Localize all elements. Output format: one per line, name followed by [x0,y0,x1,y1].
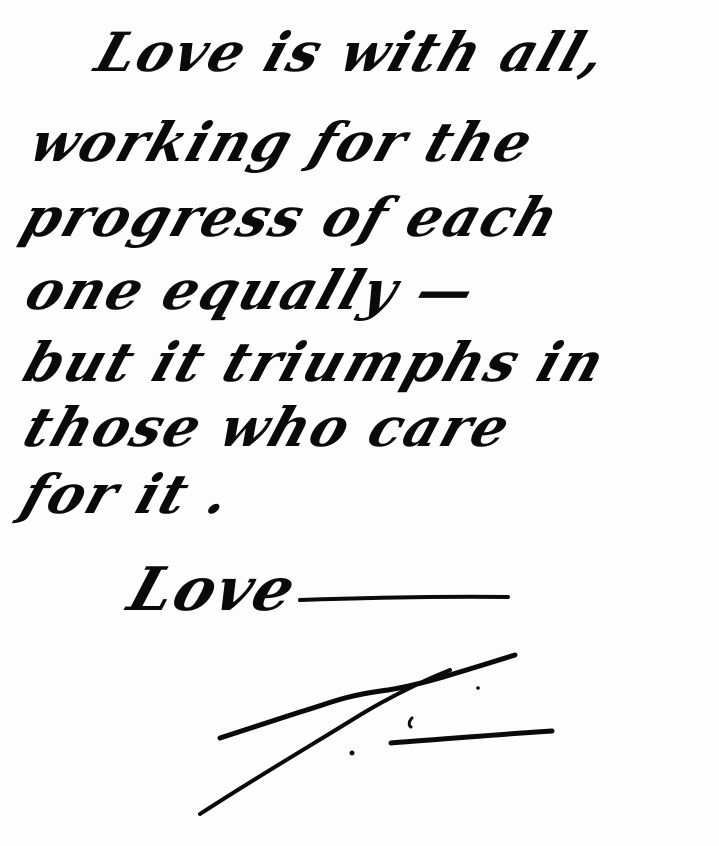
closing-underline [0,0,719,846]
handwritten-note: Love is with all, working for the progre… [0,0,719,846]
